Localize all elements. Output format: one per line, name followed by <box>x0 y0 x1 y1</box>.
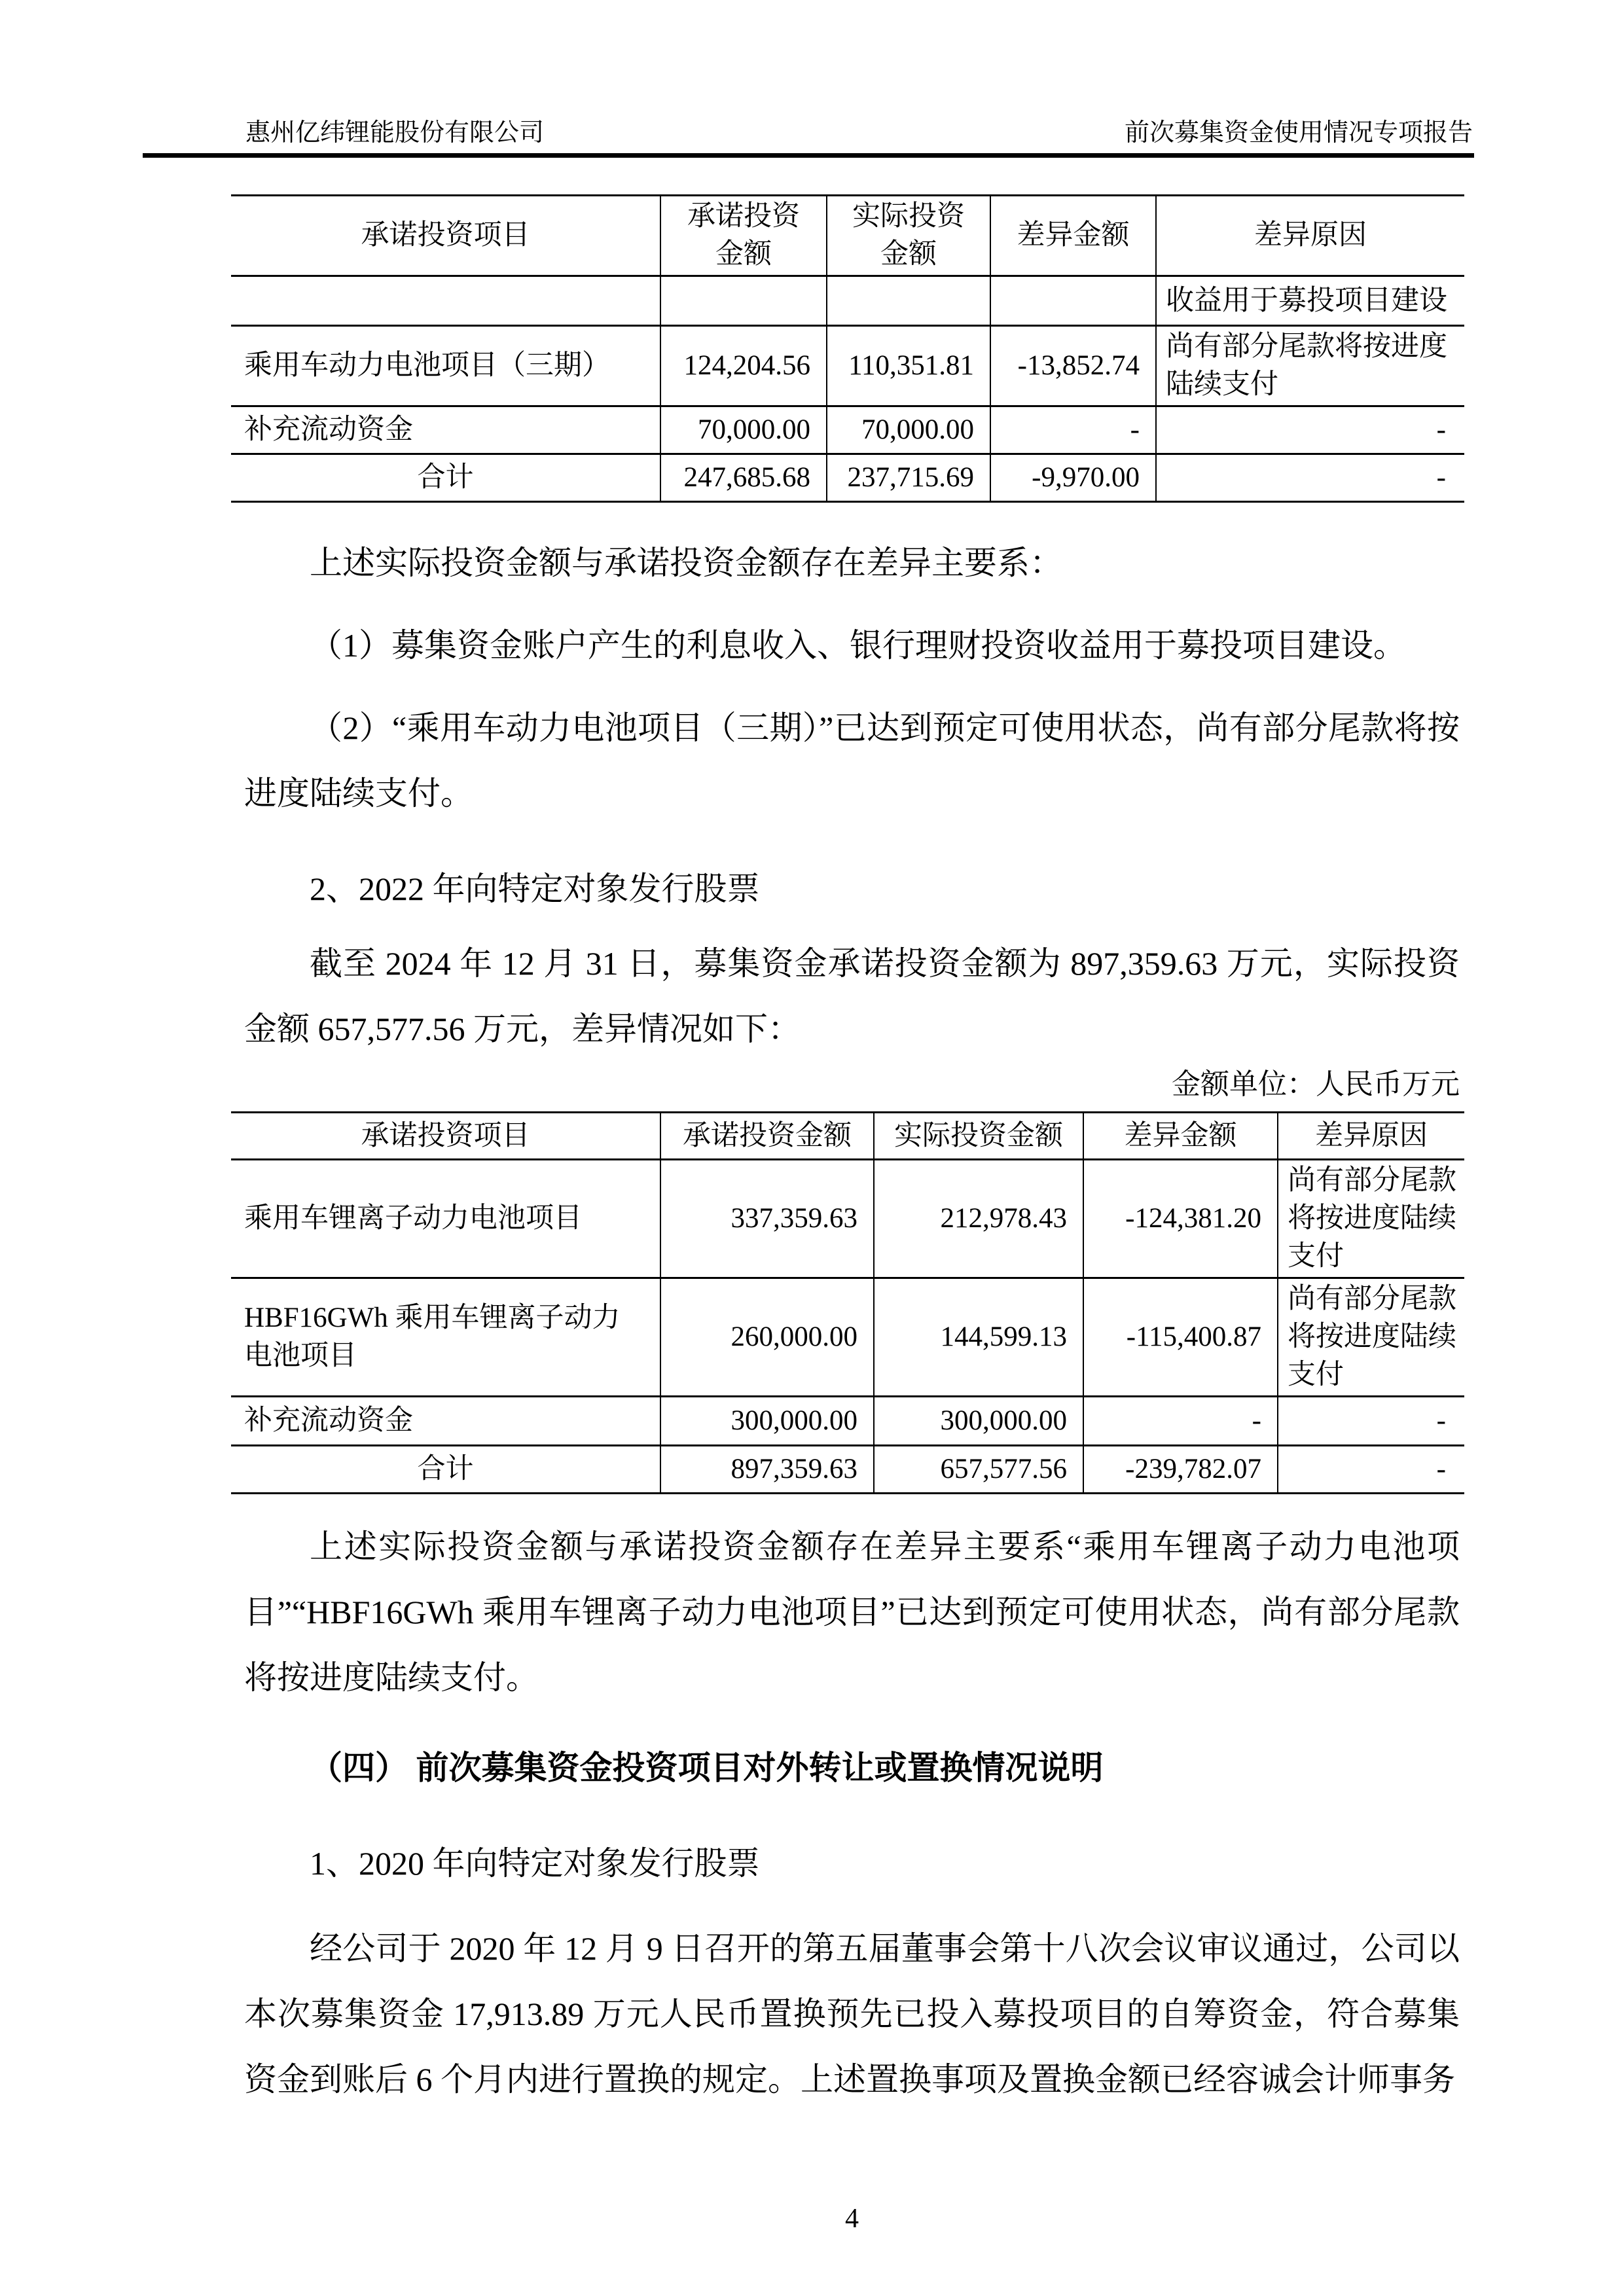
heading-2022-offering: 2、2022 年向特定对象发行股票 <box>244 856 1460 922</box>
header-report-title: 前次募集资金使用情况专项报告 <box>1125 118 1473 148</box>
table-cell: - <box>1278 1446 1464 1494</box>
para-diff-reason-1: （1）募集资金账户产生的利息收入、银行理财投资收益用于募投项目建设。 <box>244 613 1460 678</box>
amount-unit-note: 金额单位：人民币万元 <box>244 1064 1460 1105</box>
table-cell: 补充流动资金 <box>231 406 660 454</box>
table-row: 补充流动资金70,000.0070,000.00-- <box>231 406 1464 454</box>
table-cell: -9,970.00 <box>990 454 1156 502</box>
table-header-cell: 承诺投资金额 <box>660 1113 874 1160</box>
table-cell <box>660 276 827 326</box>
table-cell: 尚有部分尾款将按进度陆续支付 <box>1278 1160 1464 1278</box>
table-cell: 尚有部分尾款将按进度陆续支付 <box>1156 326 1464 406</box>
table-cell: 110,351.81 <box>827 326 990 406</box>
table-cell: 237,715.69 <box>827 454 990 502</box>
table-header-cell: 承诺投资项目 <box>231 1113 660 1160</box>
table-header-cell: 差异原因 <box>1278 1113 1464 1160</box>
table-cell: 144,599.13 <box>874 1278 1083 1397</box>
table-cell: 乘用车动力电池项目（三期） <box>231 326 660 406</box>
table-cell: 补充流动资金 <box>231 1397 660 1446</box>
heading-2020-offering: 1、2020 年向特定对象发行股票 <box>244 1831 1460 1896</box>
para-2022-summary: 截至 2024 年 12 月 31 日，募集资金承诺投资金额为 897,359.… <box>244 931 1460 1062</box>
page-content: 惠州亿纬锂能股份有限公司 前次募集资金使用情况专项报告 承诺投资项目承诺投资 金… <box>244 118 1460 2112</box>
table-cell: - <box>990 406 1156 454</box>
table-row: 乘用车动力电池项目（三期）124,204.56110,351.81-13,852… <box>231 326 1464 406</box>
header-rule <box>143 153 1474 158</box>
table-header-cell: 差异金额 <box>990 196 1156 276</box>
table-cell: - <box>1083 1397 1278 1446</box>
table-cell: 337,359.63 <box>660 1160 874 1278</box>
para-2022-diff-reason: 上述实际投资金额与承诺投资金额存在差异主要系“乘用车锂离子动力电池项目”“HBF… <box>244 1514 1460 1710</box>
para-diff-summary-intro: 上述实际投资金额与承诺投资金额存在差异主要系： <box>244 530 1460 596</box>
document-page: 惠州亿纬锂能股份有限公司 前次募集资金使用情况专项报告 承诺投资项目承诺投资 金… <box>0 0 1624 2296</box>
table-cell <box>827 276 990 326</box>
table-2022-offering-differences: 承诺投资项目承诺投资金额实际投资金额差异金额差异原因乘用车锂离子动力电池项目33… <box>231 1111 1464 1494</box>
table-cell: 657,577.56 <box>874 1446 1083 1494</box>
table-header-cell: 差异原因 <box>1156 196 1464 276</box>
table-2020-offering-differences: 承诺投资项目承诺投资 金额实际投资 金额差异金额差异原因收益用于募投项目建设乘用… <box>231 194 1464 503</box>
table-cell: 乘用车锂离子动力电池项目 <box>231 1160 660 1278</box>
table-cell: 合计 <box>231 454 660 502</box>
table-cell: 70,000.00 <box>827 406 990 454</box>
table-cell <box>990 276 1156 326</box>
table-cell: - <box>1156 454 1464 502</box>
table-cell: - <box>1278 1397 1464 1446</box>
para-replacement-detail: 经公司于 2020 年 12 月 9 日召开的第五届董事会第十八次会议审议通过，… <box>244 1916 1460 2112</box>
running-header: 惠州亿纬锂能股份有限公司 前次募集资金使用情况专项报告 <box>245 118 1473 148</box>
table-cell: -13,852.74 <box>990 326 1156 406</box>
table-row: 乘用车锂离子动力电池项目337,359.63212,978.43-124,381… <box>231 1160 1464 1278</box>
table-header-cell: 实际投资金额 <box>874 1113 1083 1160</box>
table-cell: -124,381.20 <box>1083 1160 1278 1278</box>
table-header-cell: 承诺投资 金额 <box>660 196 827 276</box>
table-cell: 合计 <box>231 1446 660 1494</box>
table-cell: 124,204.56 <box>660 326 827 406</box>
table-row: HBF16GWh 乘用车锂离子动力电池项目260,000.00144,599.1… <box>231 1278 1464 1397</box>
table-row: 收益用于募投项目建设 <box>231 276 1464 326</box>
table-header-cell: 实际投资 金额 <box>827 196 990 276</box>
page-number: 4 <box>244 2203 1460 2234</box>
header-company-name: 惠州亿纬锂能股份有限公司 <box>245 118 544 148</box>
table-row: 补充流动资金300,000.00300,000.00-- <box>231 1397 1464 1446</box>
table-cell: 247,685.68 <box>660 454 827 502</box>
table-cell: -239,782.07 <box>1083 1446 1278 1494</box>
table-cell: 897,359.63 <box>660 1446 874 1494</box>
table-row: 合计247,685.68237,715.69-9,970.00- <box>231 454 1464 502</box>
table-cell: 300,000.00 <box>660 1397 874 1446</box>
para-diff-reason-2: （2）“乘用车动力电池项目（三期）”已达到预定可使用状态，尚有部分尾款将按进度陆… <box>244 695 1460 826</box>
table-cell: 212,978.43 <box>874 1160 1083 1278</box>
table-cell: 300,000.00 <box>874 1397 1083 1446</box>
table-cell: HBF16GWh 乘用车锂离子动力电池项目 <box>231 1278 660 1397</box>
table-cell: - <box>1156 406 1464 454</box>
table-header-cell: 承诺投资项目 <box>231 196 660 276</box>
table-header-cell: 差异金额 <box>1083 1113 1278 1160</box>
table-cell: -115,400.87 <box>1083 1278 1278 1397</box>
table-cell <box>231 276 660 326</box>
heading-section-4-transfer-replacement: （四） 前次募集资金投资项目对外转让或置换情况说明 <box>244 1735 1460 1801</box>
table-cell: 260,000.00 <box>660 1278 874 1397</box>
table-cell: 70,000.00 <box>660 406 827 454</box>
table-cell: 尚有部分尾款将按进度陆续支付 <box>1278 1278 1464 1397</box>
table-row: 合计897,359.63657,577.56-239,782.07- <box>231 1446 1464 1494</box>
table-cell: 收益用于募投项目建设 <box>1156 276 1464 326</box>
